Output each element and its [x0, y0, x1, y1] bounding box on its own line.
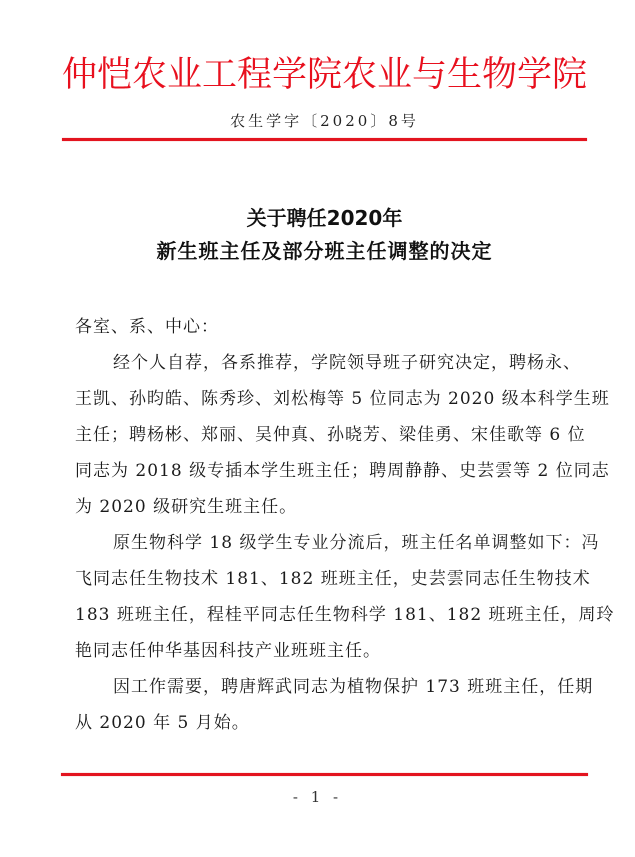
document-heading-line-1: 关于聘任2020年	[62, 203, 587, 233]
paragraph-line: 飞同志任生物技术 181、182 班班主任，史芸雲同志任生物技术	[75, 564, 569, 594]
salutation: 各室、系、中心：	[75, 312, 569, 342]
header-red-rule	[62, 138, 587, 141]
paragraph-line: 经个人自荐，各系推荐，学院领导班子研究决定，聘杨永、	[113, 348, 569, 378]
document-heading-line-2: 新生班主任及部分班主任调整的决定	[62, 236, 587, 266]
paragraph-line: 从 2020 年 5 月始。	[75, 708, 569, 738]
document-number: 农生学字〔2020〕8号	[62, 110, 587, 132]
paragraph-line: 王凯、孙昀皓、陈秀珍、刘松梅等 5 位同志为 2020 级本科学生班	[75, 384, 569, 414]
paragraph-line: 同志为 2018 级专插本学生班主任；聘周静静、史芸雲等 2 位同志	[75, 456, 569, 486]
footer-red-rule	[61, 773, 588, 776]
page-number: - 1 -	[0, 786, 635, 808]
document-page: 仲恺农业工程学院农业与生物学院 农生学字〔2020〕8号 关于聘任2020年 新…	[0, 0, 635, 857]
organization-title: 仲恺农业工程学院农业与生物学院	[62, 52, 587, 98]
paragraph-line: 原生物科学 18 级学生专业分流后，班主任名单调整如下：冯	[113, 528, 569, 558]
paragraph-line: 为 2020 级研究生班主任。	[75, 492, 569, 522]
paragraph-line: 主任；聘杨彬、郑丽、吴仲真、孙晓芳、梁佳勇、宋佳歌等 6 位	[75, 420, 569, 450]
paragraph-line: 因工作需要，聘唐辉武同志为植物保护 173 班班主任，任期	[113, 672, 569, 702]
paragraph-line: 艳同志任仲华基因科技产业班班主任。	[75, 636, 569, 666]
paragraph-line: 183 班班主任，程桂平同志任生物科学 181、182 班班主任，周玲	[75, 600, 569, 630]
